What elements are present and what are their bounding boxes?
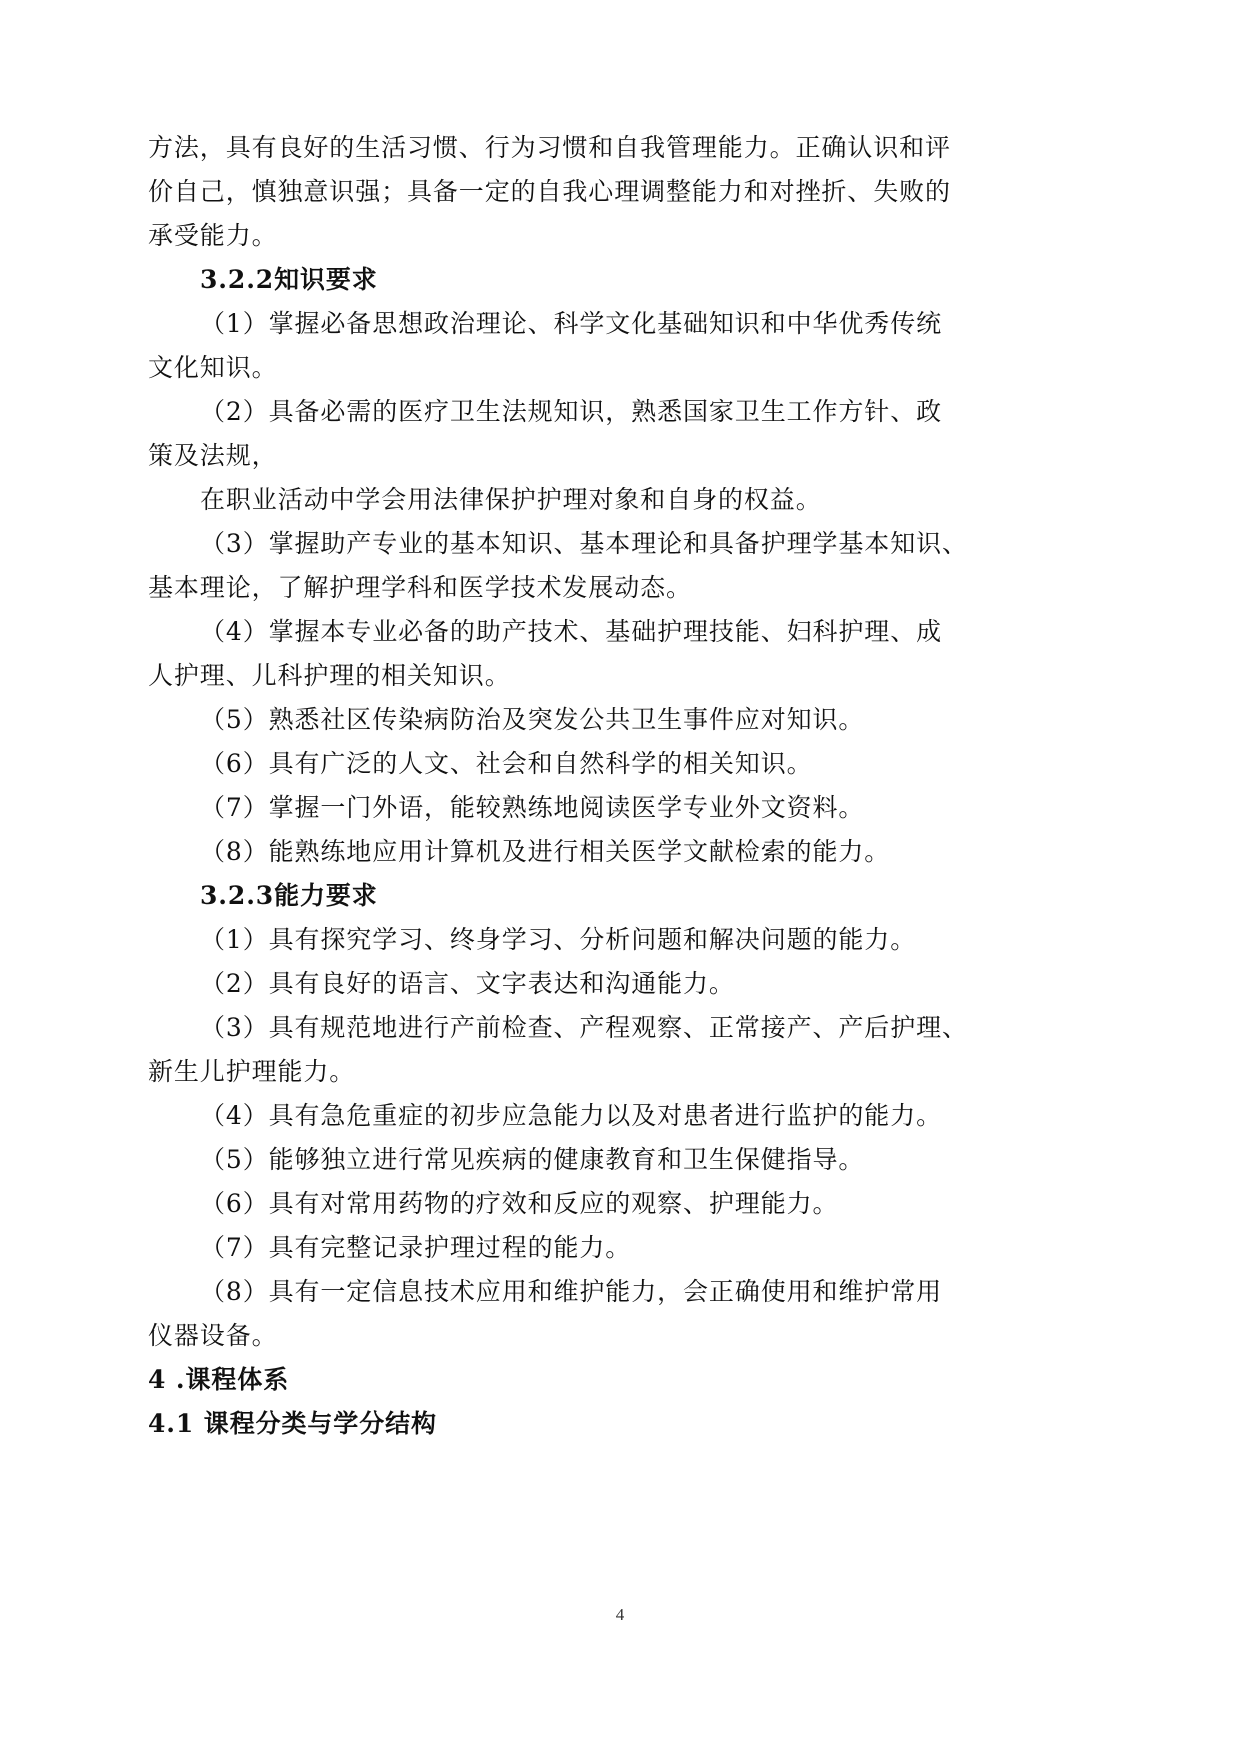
paragraph-line: 基本理论，了解护理学科和医学技术发展动态。 bbox=[148, 573, 1088, 603]
ability-item-1: （1）具有探究学习、终身学习、分析问题和解决问题的能力。 bbox=[200, 925, 1090, 955]
ability-item-4: （4）具有急危重症的初步应急能力以及对患者进行监护的能力。 bbox=[200, 1101, 1090, 1131]
paragraph-line: 在职业活动中学会用法律保护护理对象和自身的权益。 bbox=[200, 485, 1090, 515]
section-heading-3-2-2: 3.2.2知识要求 bbox=[200, 265, 1140, 295]
paragraph-line: 策及法规， bbox=[148, 441, 1088, 471]
paragraph-line: 方法，具有良好的生活习惯、行为习惯和自我管理能力。正确认识和评 bbox=[148, 133, 1088, 163]
ability-item-8: （8）具有一定信息技术应用和维护能力，会正确使用和维护常用 bbox=[200, 1277, 1090, 1307]
paragraph-line: 仪器设备。 bbox=[148, 1321, 1088, 1351]
knowledge-item-7: （7）掌握一门外语，能较熟练地阅读医学专业外文资料。 bbox=[200, 793, 1090, 823]
paragraph-line: 人护理、儿科护理的相关知识。 bbox=[148, 661, 1088, 691]
paragraph-line: 新生儿护理能力。 bbox=[148, 1057, 1088, 1087]
knowledge-item-2: （2）具备必需的医疗卫生法规知识，熟悉国家卫生工作方针、政 bbox=[200, 397, 1090, 427]
ability-item-3: （3）具有规范地进行产前检查、产程观察、正常接产、产后护理、 bbox=[200, 1013, 1090, 1043]
knowledge-item-3: （3）掌握助产专业的基本知识、基本理论和具备护理学基本知识、 bbox=[200, 529, 1090, 559]
paragraph-line: 价自己，慎独意识强；具备一定的自我心理调整能力和对挫折、失败的 bbox=[148, 177, 1088, 207]
knowledge-item-6: （6）具有广泛的人文、社会和自然科学的相关知识。 bbox=[200, 749, 1090, 779]
paragraph-line: 承受能力。 bbox=[148, 221, 1088, 251]
ability-item-6: （6）具有对常用药物的疗效和反应的观察、护理能力。 bbox=[200, 1189, 1090, 1219]
document-page: 方法，具有良好的生活习惯、行为习惯和自我管理能力。正确认识和评 价自己，慎独意识… bbox=[0, 0, 1240, 1754]
page-number: 4 bbox=[0, 1605, 1240, 1625]
knowledge-item-4: （4）掌握本专业必备的助产技术、基础护理技能、妇科护理、成 bbox=[200, 617, 1090, 647]
section-heading-4: 4 .课程体系 bbox=[148, 1365, 1088, 1395]
knowledge-item-8: （8）能熟练地应用计算机及进行相关医学文献检索的能力。 bbox=[200, 837, 1090, 867]
knowledge-item-5: （5）熟悉社区传染病防治及突发公共卫生事件应对知识。 bbox=[200, 705, 1090, 735]
ability-item-2: （2）具有良好的语言、文字表达和沟通能力。 bbox=[200, 969, 1090, 999]
section-heading-4-1: 4.1 课程分类与学分结构 bbox=[148, 1409, 1088, 1439]
paragraph-line: 文化知识。 bbox=[148, 353, 1088, 383]
knowledge-item-1: （1）掌握必备思想政治理论、科学文化基础知识和中华优秀传统 bbox=[200, 309, 1090, 339]
section-heading-3-2-3: 3.2.3能力要求 bbox=[200, 881, 1140, 911]
ability-item-5: （5）能够独立进行常见疾病的健康教育和卫生保健指导。 bbox=[200, 1145, 1090, 1175]
ability-item-7: （7）具有完整记录护理过程的能力。 bbox=[200, 1233, 1090, 1263]
